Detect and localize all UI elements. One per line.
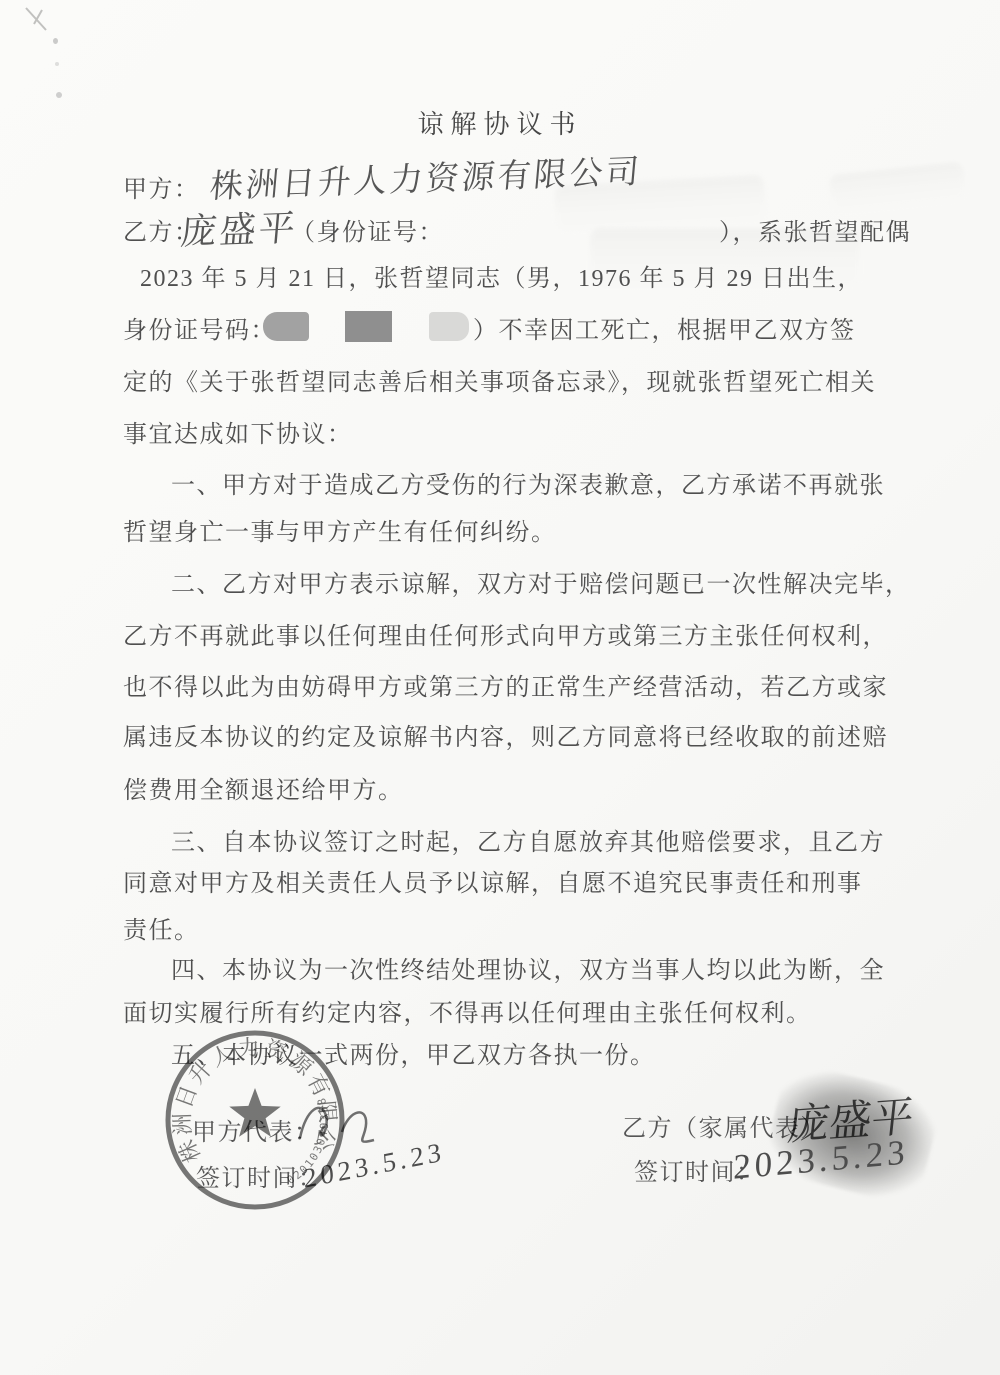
redaction-block (345, 311, 392, 342)
party-b-id-suffix: ），系张哲望配偶 (719, 212, 911, 247)
party-a-line: 甲方：株洲日升人力资源有限公司 (123, 160, 642, 207)
clause1-line1: 一、甲方对于造成乙方受伤的行为深表歉意，乙方承诺不再就张 (123, 465, 885, 500)
stamp-star-icon (229, 1088, 280, 1137)
party-a-name-handwritten: 株洲日升人力资源有限公司 (208, 145, 644, 207)
document-page: 谅解协议书 甲方：株洲日升人力资源有限公司 乙方： 庞盛平 （身份证号： ），系… (0, 0, 1000, 1375)
id-line-after: ）不幸因工死亡，根据甲乙双方签 (473, 310, 856, 345)
clause2-line2: 乙方不再就此事以任何理由任何形式向甲方或第三方主张任何权利， (123, 616, 888, 651)
clause3-line1: 三、自本协议签订之时起，乙方自愿放弃其他赔偿要求，且乙方 (123, 822, 885, 857)
paper-speck (56, 92, 62, 98)
party-a-label: 甲方： (123, 177, 200, 203)
whiteout-smudge (828, 161, 966, 213)
company-seal-stamp: 株洲日升人力资源有限公司 020103049358 (162, 1030, 348, 1216)
pen-mark (20, 4, 60, 40)
clause3-line2: 同意对甲方及相关责任人员予以谅解，自愿不追究民事责任和刑事 (123, 863, 863, 898)
document-title: 谅解协议书 (0, 104, 1000, 141)
clause2-line1: 二、乙方对甲方表示谅解，双方对于赔偿问题已一次性解决完毕， (123, 564, 911, 599)
id-number-label: 身份证号码： (123, 310, 276, 345)
clause3-line3: 责任。 (123, 910, 200, 945)
clause2-line3: 也不得以此为由妨碍甲方或第三方的正常生产经营活动，若乙方或家 (123, 667, 888, 702)
paper-speck (55, 62, 59, 66)
redaction-block (263, 312, 309, 341)
clause2-line5: 偿费用全额退还给甲方。 (123, 770, 404, 805)
intro-line-3: 事宜达成如下协议： (123, 414, 353, 449)
redaction-block (429, 312, 469, 341)
paper-speck (53, 38, 58, 44)
intro-line-1: 2023 年 5 月 21 日，张哲望同志（男，1976 年 5 月 29 日出… (123, 258, 863, 293)
clause4-line2: 面切实履行所有约定内容，不得再以任何理由主张任何权利。 (123, 993, 812, 1028)
clause1-line2: 哲望身亡一事与甲方产生有任何纠纷。 (123, 512, 557, 547)
clause4-line1: 四、本协议为一次性终结处理协议，双方当事人均以此为断，全 (123, 950, 885, 985)
party-b-id-prefix: （身份证号： (291, 212, 444, 247)
party-b-name-handwritten: 庞盛平 (179, 200, 300, 255)
intro-line-2: 定的《关于张哲望同志善后相关事项备忘录》，现就张哲望死亡相关 (123, 362, 876, 397)
clause2-line4: 属违反本协议的约定及谅解书内容，则乙方同意将已经收取的前述赔 (123, 717, 888, 752)
